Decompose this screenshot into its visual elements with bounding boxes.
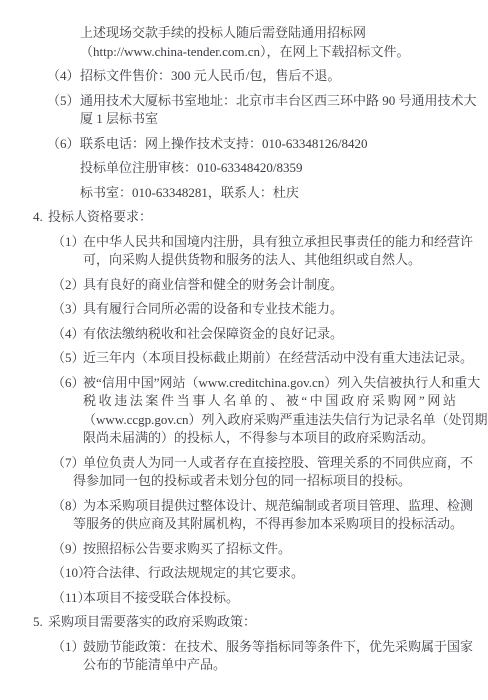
contact-item-bidroom: 标书室：010-63348281，联系人：杜庆 xyxy=(0,184,488,203)
item-text: 通用技术大厦标书室地址：北京市丰台区西三环中路 90 号通用技术大 厦 1 层标… xyxy=(80,92,470,129)
item-text: 按照招标公告要求购买了招标文件。 xyxy=(83,540,474,559)
text-line: 被“信用中国”网站（www.creditchina.gov.cn）列入失信被执行… xyxy=(83,374,474,393)
item-text: 鼓励节能政策：在技术、服务等指标同等条件下，优先采购属于国家 公布的节能清单中产… xyxy=(83,638,474,675)
item-text: 有依法缴纳税收和社会保障资金的良好记录。 xyxy=(83,325,474,344)
section-4-heading: 4. 投标人资格要求： xyxy=(0,208,488,227)
text-line: 按照招标公告要求购买了招标文件。 xyxy=(83,540,474,559)
text-line: （http://www.china-tender.com.cn），在网上下载招标… xyxy=(80,43,468,62)
text-line: 可，向采购人提供货物和服务的法人、其他组织或自然人。 xyxy=(83,251,474,270)
item-number: （6） xyxy=(52,374,85,393)
text-line: 公布的节能清单中产品。 xyxy=(83,656,474,675)
item-number: （2） xyxy=(52,276,85,295)
qualification-item-9: （9） 按照招标公告要求购买了招标文件。 xyxy=(0,540,488,559)
item-text: 符合法律、行政法规规定的其它要求。 xyxy=(83,564,474,583)
item-number: （7） xyxy=(52,454,85,473)
contact-item-registration: 投标单位注册审核：010-63348420/8359 xyxy=(0,159,488,178)
item-number: （1） xyxy=(52,233,85,252)
item-text: 联系电话：网上操作技术支持：010-63348126/8420 xyxy=(80,135,470,154)
text-line: 单位负责人为同一人或者存在直接控股、管理关系的不同供应商，不 xyxy=(83,454,474,473)
item-text: 投标单位注册审核：010-63348420/8359 xyxy=(80,159,470,178)
item-number: （4） xyxy=(47,67,80,86)
contact-item-phone: （6） 联系电话：网上操作技术支持：010-63348126/8420 xyxy=(0,135,488,154)
section-title: 采购项目需要落实的政府采购政策： xyxy=(48,613,488,632)
item-text: 具有良好的商业信誉和健全的财务会计制度。 xyxy=(83,276,474,295)
text-line: 等服务的供应商及其附属机构，不得再参加本采购项目的投标活动。 xyxy=(73,515,474,534)
qualification-item-1: （1） 在中华人民共和国境内注册，具有独立承担民事责任的能力和经营许 可，向采购… xyxy=(0,233,488,270)
item-number: （5） xyxy=(52,349,85,368)
text-line: 近三年内（本项目投标截止期前）在经营活动中没有重大违法记录。 xyxy=(83,349,474,368)
qualification-item-6: （6） 被“信用中国”网站（www.creditchina.gov.cn）列入失… xyxy=(0,374,488,448)
text-line: 限尚未届满的）的投标人，不得参与本项目的政府采购活动。 xyxy=(83,429,474,448)
item-number: （9） xyxy=(52,540,85,559)
text-line: 为本采购项目提供过整体设计、规范编制或者项目管理、监理、检测 xyxy=(83,497,474,516)
text-line: 联系电话：网上操作技术支持：010-63348126/8420 xyxy=(80,135,470,154)
text-line: 招标文件售价：300 元人民币/包，售后不退。 xyxy=(80,67,470,86)
text-line: 符合法律、行政法规规定的其它要求。 xyxy=(83,564,474,583)
section-5-heading: 5. 采购项目需要落实的政府采购政策： xyxy=(0,613,488,632)
item-text: 标书室：010-63348281，联系人：杜庆 xyxy=(80,184,470,203)
qualification-item-4: （4） 有依法缴纳税收和社会保障资金的良好记录。 xyxy=(0,325,488,344)
qualification-item-10: （10） 符合法律、行政法规规定的其它要求。 xyxy=(0,564,488,583)
qualification-item-5: （5） 近三年内（本项目投标截止期前）在经营活动中没有重大违法记录。 xyxy=(0,349,488,368)
contact-item-address: （5） 通用技术大厦标书室地址：北京市丰台区西三环中路 90 号通用技术大 厦 … xyxy=(0,92,488,129)
contact-item-price: （4） 招标文件售价：300 元人民币/包，售后不退。 xyxy=(0,67,488,86)
item-number: （5） xyxy=(47,92,80,111)
text-line: 具有良好的商业信誉和健全的财务会计制度。 xyxy=(83,276,474,295)
item-text: 在中华人民共和国境内注册，具有独立承担民事责任的能力和经营许 可，向采购人提供货… xyxy=(83,233,474,270)
text-line: （www.ccgp.gov.cn）列入政府采购严重违法失信行为记录名单（处罚期 xyxy=(83,411,474,430)
qualification-item-3: （3） 具有履行合同所必需的设备和专业技术能力。 xyxy=(0,300,488,319)
text-line: 鼓励节能政策：在技术、服务等指标同等条件下，优先采购属于国家 xyxy=(83,638,474,657)
qualification-item-7: （7） 单位负责人为同一人或者存在直接控股、管理关系的不同供应商，不 得参加同一… xyxy=(0,454,488,491)
text-line: 具有履行合同所必需的设备和专业技术能力。 xyxy=(83,300,474,319)
item-number: （4） xyxy=(52,325,85,344)
qualification-item-11: （11） 本项目不接受联合体投标。 xyxy=(0,589,488,608)
item-number: （6） xyxy=(47,135,80,154)
section-title: 投标人资格要求： xyxy=(48,208,488,227)
item-number: （10） xyxy=(52,564,91,583)
document-page: 上述现场交款手续的投标人随后需登陆通用招标网 （http://www.china… xyxy=(0,0,488,700)
section-number: 5. xyxy=(33,613,43,632)
item-number: （1） xyxy=(52,638,85,657)
item-number: （11） xyxy=(52,589,91,608)
item-number: （8） xyxy=(52,497,85,516)
item-text: 招标文件售价：300 元人民币/包，售后不退。 xyxy=(80,67,470,86)
text-line: 标书室：010-63348281，联系人：杜庆 xyxy=(80,184,470,203)
text-line: 在中华人民共和国境内注册，具有独立承担民事责任的能力和经营许 xyxy=(83,233,474,252)
text-line: 本项目不接受联合体投标。 xyxy=(83,589,474,608)
item-text: 近三年内（本项目投标截止期前）在经营活动中没有重大违法记录。 xyxy=(83,349,474,368)
intro-paragraph: 上述现场交款手续的投标人随后需登陆通用招标网 （http://www.china… xyxy=(0,24,488,61)
item-text: 本项目不接受联合体投标。 xyxy=(83,589,474,608)
item-text: 被“信用中国”网站（www.creditchina.gov.cn）列入失信被执行… xyxy=(83,374,474,448)
text-line: 通用技术大厦标书室地址：北京市丰台区西三环中路 90 号通用技术大 xyxy=(80,92,470,111)
item-text: 单位负责人为同一人或者存在直接控股、管理关系的不同供应商，不 得参加同一包的投标… xyxy=(83,454,474,491)
item-text: 具有履行合同所必需的设备和专业技术能力。 xyxy=(83,300,474,319)
text-line: 上述现场交款手续的投标人随后需登陆通用招标网 xyxy=(80,24,468,43)
qualification-item-8: （8） 为本采购项目提供过整体设计、规范编制或者项目管理、监理、检测 等服务的供… xyxy=(0,497,488,534)
text-line: 得参加同一包的投标或者未划分包的同一招标项目的投标。 xyxy=(73,472,474,491)
section-number: 4. xyxy=(33,208,43,227)
policy-item-1: （1） 鼓励节能政策：在技术、服务等指标同等条件下，优先采购属于国家 公布的节能… xyxy=(0,638,488,675)
qualification-item-2: （2） 具有良好的商业信誉和健全的财务会计制度。 xyxy=(0,276,488,295)
intro-text: 上述现场交款手续的投标人随后需登陆通用招标网 （http://www.china… xyxy=(80,24,468,61)
text-line: 有依法缴纳税收和社会保障资金的良好记录。 xyxy=(83,325,474,344)
item-number: （3） xyxy=(52,300,85,319)
text-line: 税收违法案件当事人名单的、被“中国政府采购网”网站 xyxy=(83,392,474,411)
item-text: 为本采购项目提供过整体设计、规范编制或者项目管理、监理、检测 等服务的供应商及其… xyxy=(83,497,474,534)
text-line: 厦 1 层标书室 xyxy=(80,110,470,129)
text-line: 投标单位注册审核：010-63348420/8359 xyxy=(80,159,470,178)
